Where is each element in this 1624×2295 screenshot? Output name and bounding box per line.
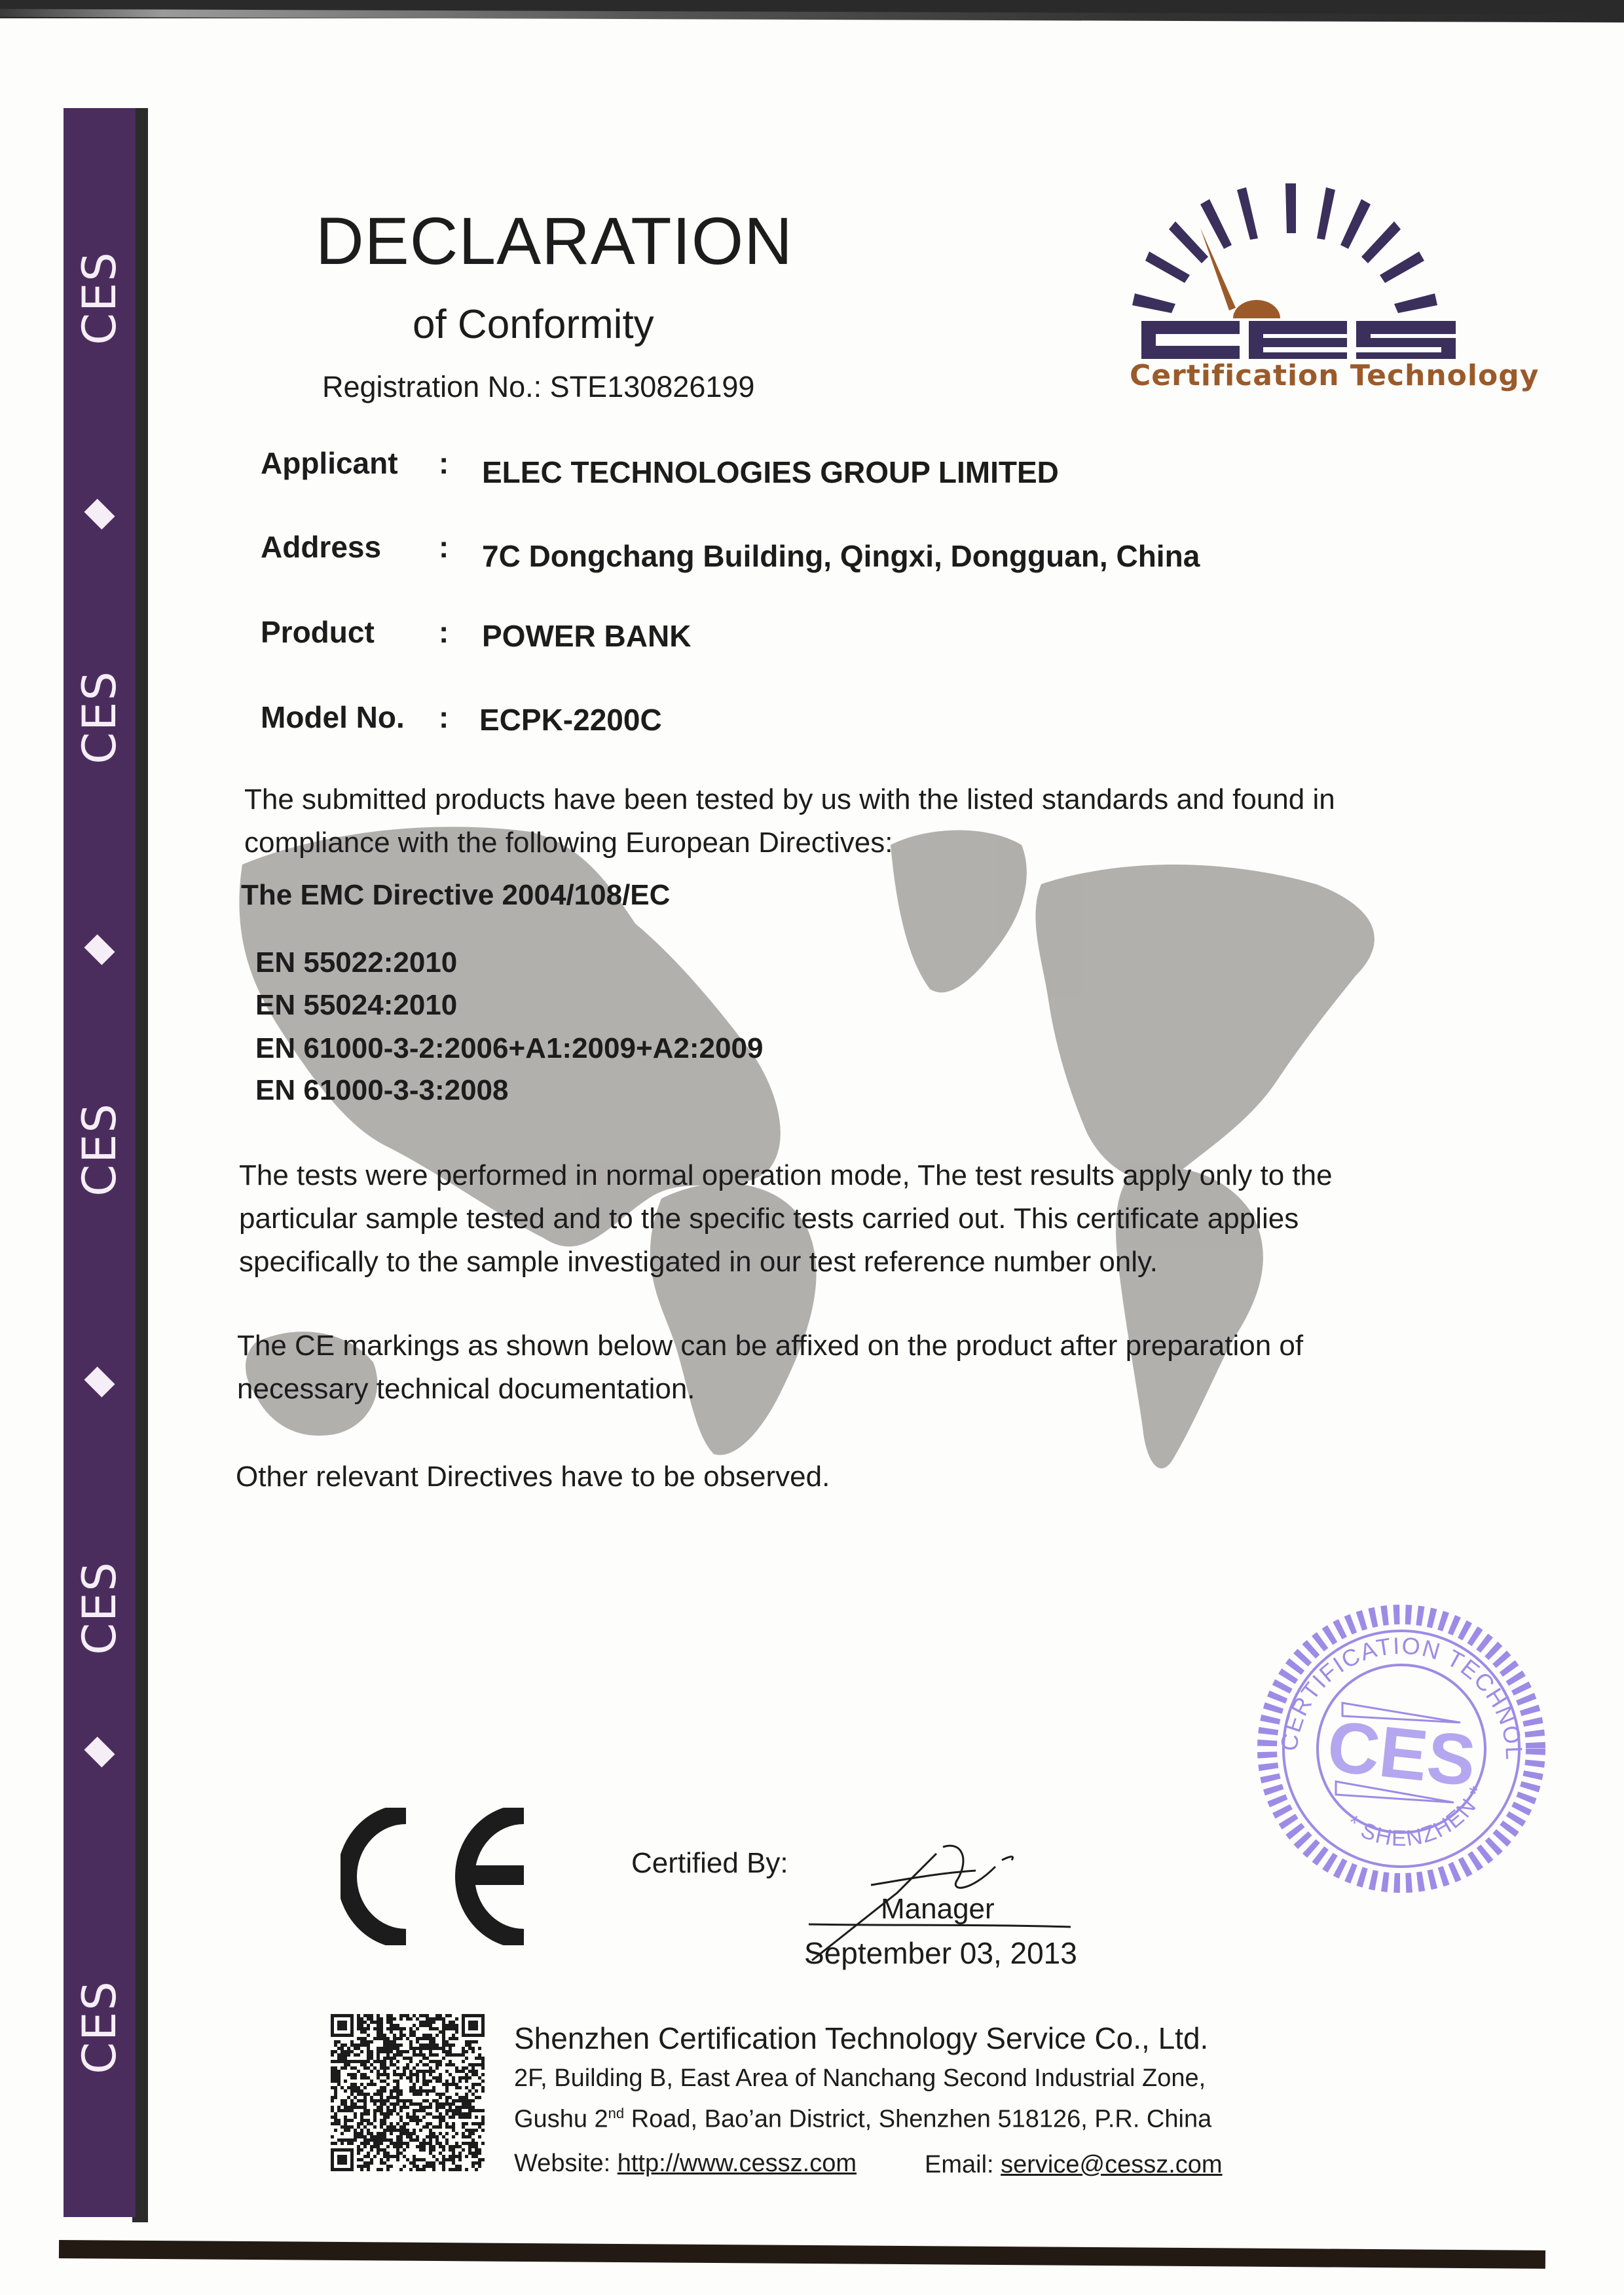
applicant-label: Applicant xyxy=(261,445,398,481)
registration-number: Registration No.: STE130826199 xyxy=(322,370,754,404)
email: Email: service@cessz.com xyxy=(925,2151,1223,2179)
tests-paragraph: The tests were performed in normal opera… xyxy=(239,1154,1333,1284)
model-value: ECPK-2200C xyxy=(479,702,662,737)
standard-item: EN 55024:2010 xyxy=(255,989,457,1022)
scan-edge-bottom xyxy=(59,2240,1545,2269)
scan-edge-top xyxy=(0,0,1624,18)
address-label: Address xyxy=(261,529,381,565)
ce-mark-icon xyxy=(341,1808,537,1945)
standard-item: EN 55022:2010 xyxy=(255,946,457,979)
side-ribbon: CES CES CES CES CES xyxy=(64,108,136,2217)
page-subtitle: of Conformity xyxy=(413,301,654,348)
applicant-value: ELEC TECHNOLOGIES GROUP LIMITED xyxy=(482,455,1059,490)
logo-caption: Certification Technology xyxy=(1130,359,1539,392)
email-link[interactable]: service@cessz.com xyxy=(1001,2151,1222,2178)
standard-item: EN 61000-3-3:2008 xyxy=(255,1074,508,1107)
ribbon-ces-label: CES xyxy=(64,213,136,383)
ribbon-ces-label: CES xyxy=(64,1523,136,1693)
product-label: Product xyxy=(261,614,375,650)
page-title: DECLARATION xyxy=(316,203,793,280)
diamond-icon xyxy=(64,930,136,969)
signatory-title: Manager xyxy=(881,1893,995,1926)
company-name: Shenzhen Certification Technology Servic… xyxy=(514,2021,1208,2056)
ce-paragraph: The CE markings as shown below can be af… xyxy=(237,1324,1303,1411)
directive-title: The EMC Directive 2004/108/EC xyxy=(241,879,670,912)
product-value: POWER BANK xyxy=(482,618,691,654)
qr-code-icon xyxy=(331,2014,485,2171)
ribbon-ces-label: CES xyxy=(64,632,136,802)
address-value: 7C Dongchang Building, Qingxi, Dongguan,… xyxy=(482,538,1200,574)
model-label: Model No. xyxy=(261,700,405,735)
certified-by-label: Certified By: xyxy=(631,1847,788,1880)
ribbon-ces-label: CES xyxy=(64,1942,136,2112)
ribbon-ces-label: CES xyxy=(64,1064,136,1235)
stamp-center-text: CES xyxy=(1323,1706,1479,1802)
company-seal-stamp: CERTIFICATION TECHNOLOGY SERVICE CO.,LTD… xyxy=(1244,1592,1559,1906)
company-address-line1: 2F, Building B, East Area of Nanchang Se… xyxy=(514,2064,1206,2093)
website: Website: http://www.cessz.com xyxy=(514,2150,857,2178)
website-link[interactable]: http://www.cessz.com xyxy=(618,2150,857,2177)
other-directives-note: Other relevant Directives have to be obs… xyxy=(236,1455,830,1499)
signature-date: September 03, 2013 xyxy=(804,1935,1077,1971)
diamond-icon xyxy=(64,1362,136,1402)
company-address-line2: Gushu 2nd Road, Bao’an District, Shenzhe… xyxy=(514,2105,1211,2134)
intro-paragraph: The submitted products have been tested … xyxy=(244,778,1335,865)
diamond-icon xyxy=(64,494,136,534)
standard-item: EN 61000-3-2:2006+A1:2009+A2:2009 xyxy=(255,1032,763,1065)
diamond-icon xyxy=(64,1732,136,1772)
